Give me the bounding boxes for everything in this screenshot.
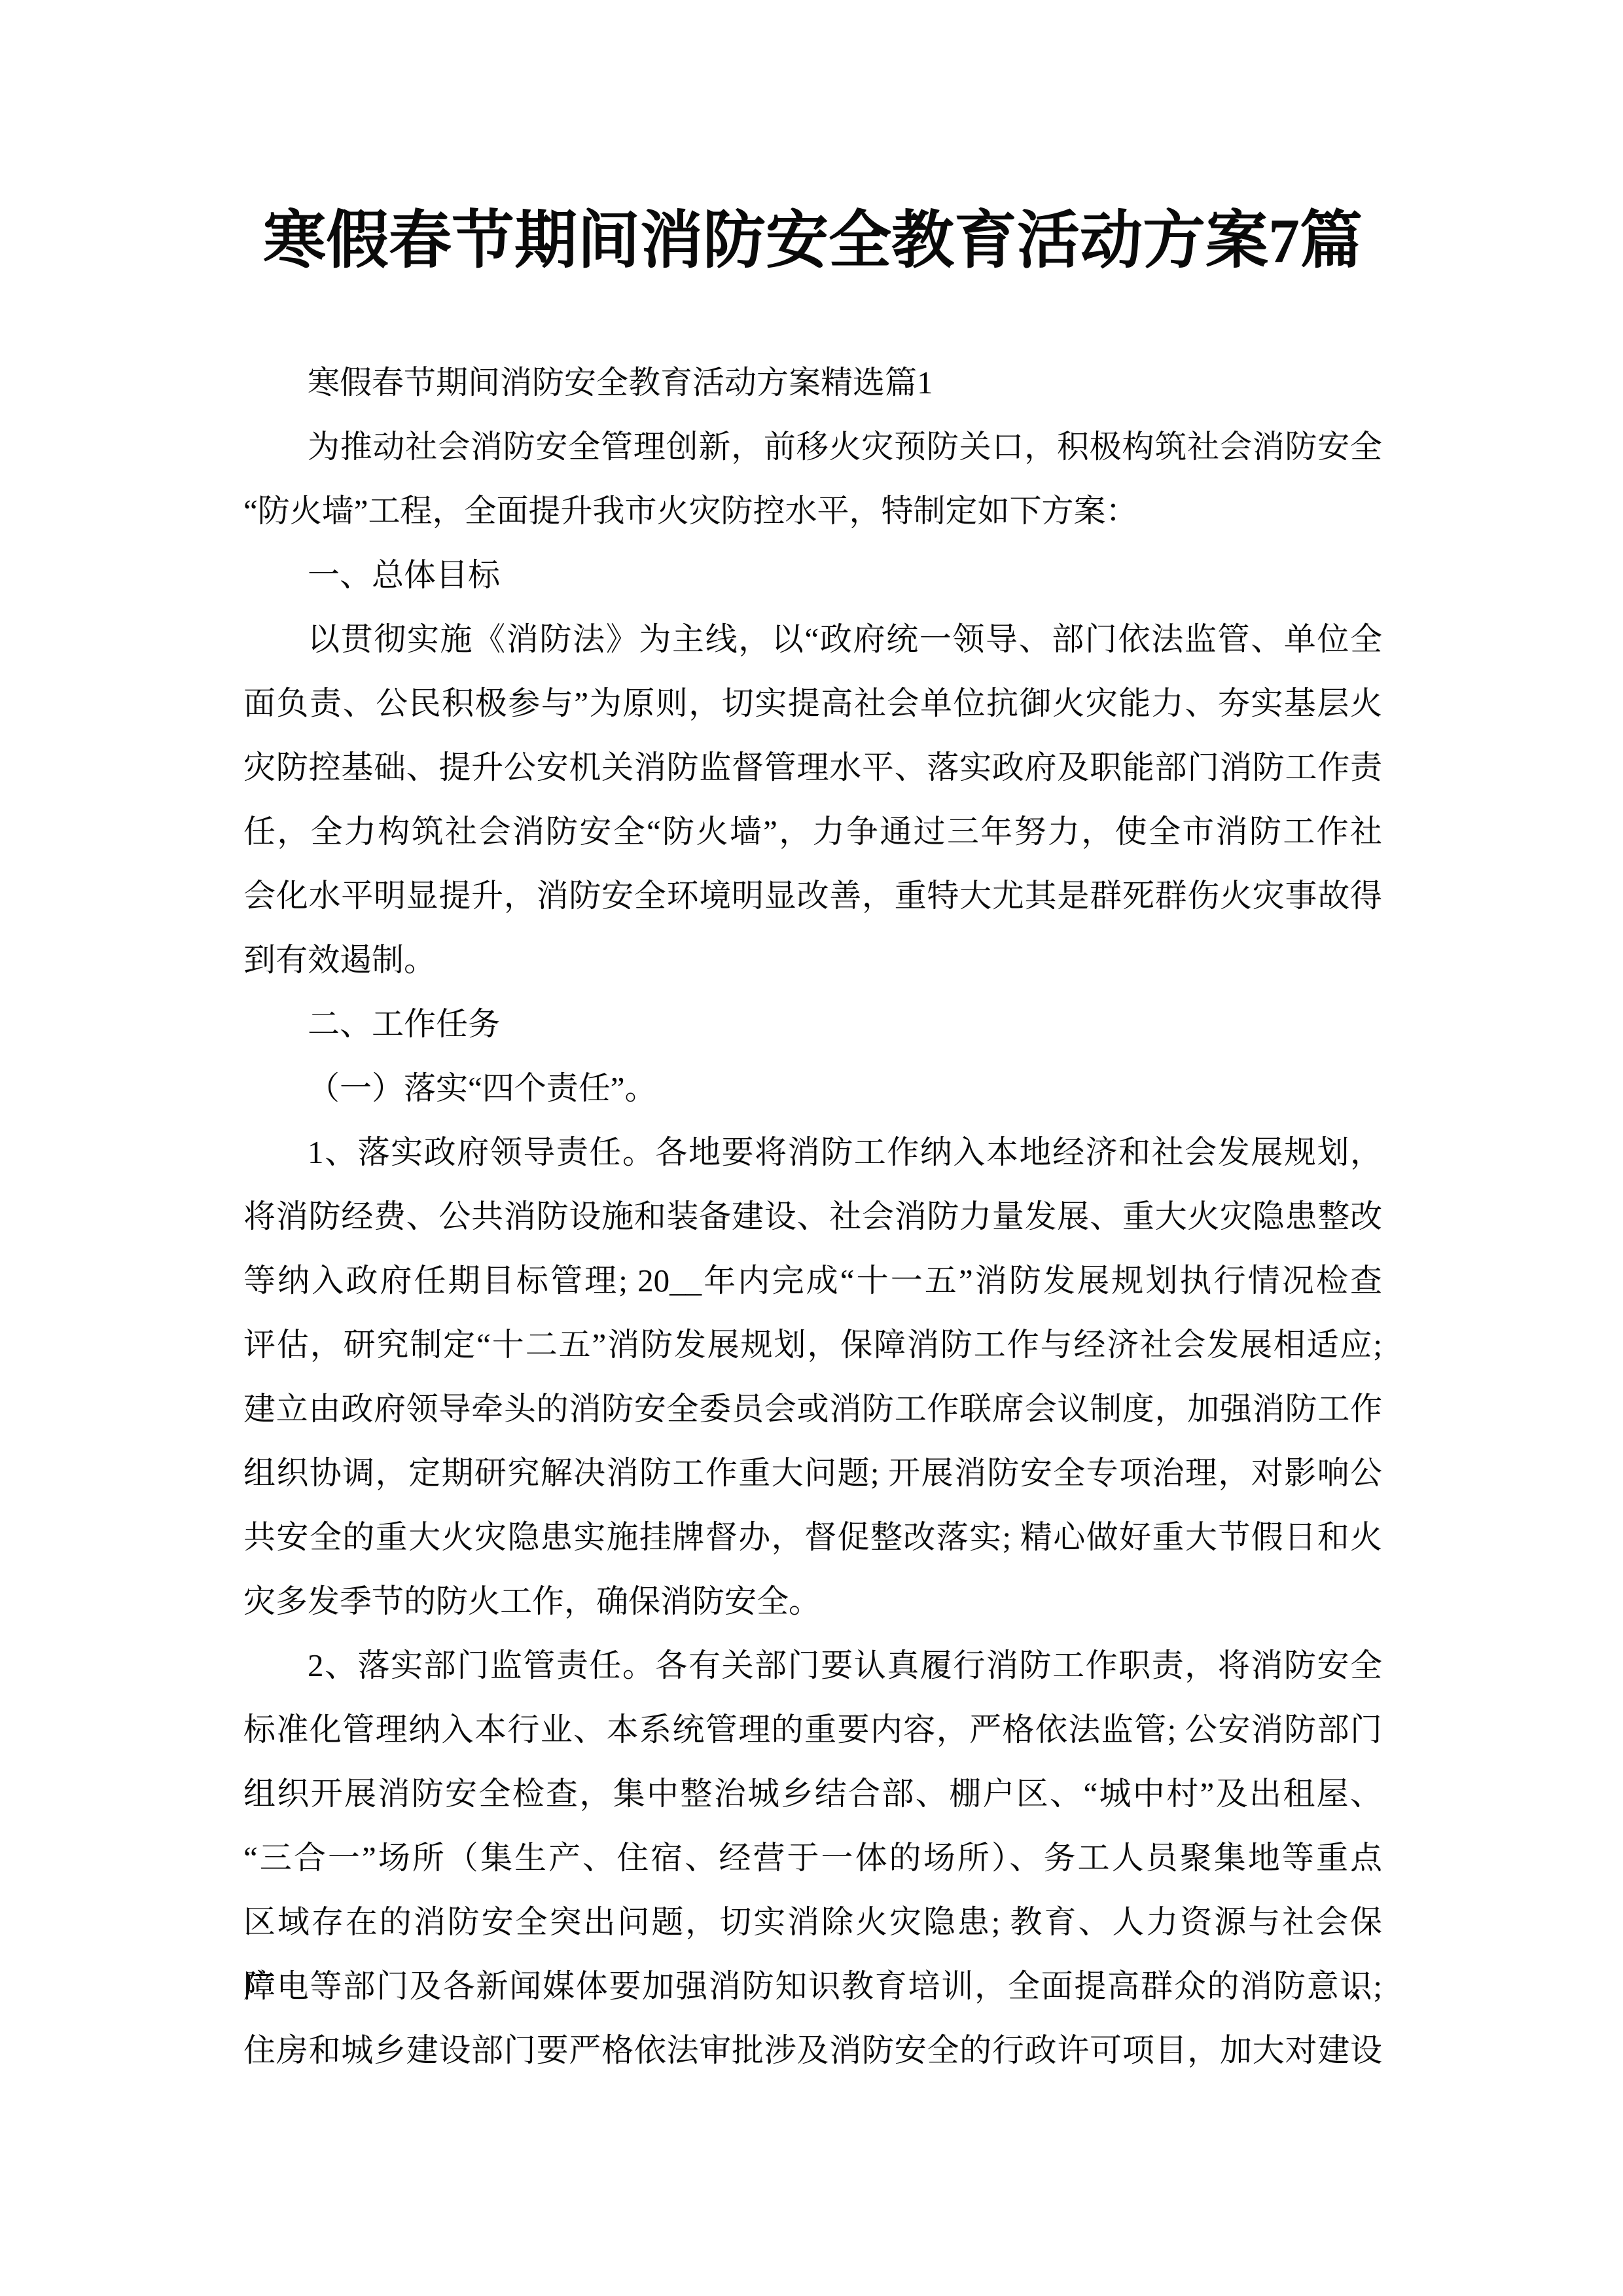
text-line: 1、落实政府领导责任。各地要将消防工作纳入本地经济和社会发展规划， <box>243 1121 1382 1185</box>
text-line: “三合一”场所（集生产、住宿、经营于一体的场所）、务工人员聚集地等重点 <box>243 1826 1382 1890</box>
text-line: 灾防控基础、提升公安机关消防监督管理水平、落实政府及职能部门消防工作责 <box>243 736 1382 800</box>
text-line: 一、总体目标 <box>243 543 1382 607</box>
text-line: 任，全力构筑社会消防安全“防火墙”，力争通过三年努力，使全市消防工作社 <box>243 800 1382 864</box>
text-line: 评估，研究制定“十二五”消防发展规划，保障消防工作与经济社会发展相适应; <box>243 1313 1382 1377</box>
text-line: 住房和城乡建设部门要严格依法审批涉及消防安全的行政许可项目，加大对建设 <box>243 2018 1382 2083</box>
text-line: 组织开展消防安全检查，集中整治城乡结合部、棚户区、“城中村”及出租屋、 <box>243 1762 1382 1826</box>
document-title: 寒假春节期间消防安全教育活动方案7篇 <box>243 204 1382 278</box>
document-content: 寒假春节期间消防安全教育活动方案7篇 寒假春节期间消防安全教育活动方案精选篇1为… <box>0 0 1623 2083</box>
document-page: 寒假春节期间消防安全教育活动方案7篇 寒假春节期间消防安全教育活动方案精选篇1为… <box>0 0 1623 2296</box>
text-line: 广电等部门及各新闻媒体要加强消防知识教育培训，全面提高群众的消防意识; <box>243 1954 1382 2018</box>
text-line: “防火墙”工程，全面提升我市火灾防控水平，特制定如下方案： <box>243 479 1382 543</box>
document-body: 寒假春节期间消防安全教育活动方案精选篇1为推动社会消防安全管理创新，前移火灾预防… <box>243 351 1382 2083</box>
text-line: 区域存在的消防安全突出问题，切实消除火灾隐患; 教育、人力资源与社会保障、 <box>243 1890 1382 1954</box>
text-line: 将消防经费、公共消防设施和装备建设、社会消防力量发展、重大火灾隐患整改 <box>243 1185 1382 1249</box>
text-line: 会化水平明显提升，消防安全环境明显改善，重特大尤其是群死群伤火灾事故得 <box>243 864 1382 928</box>
text-line: 到有效遏制。 <box>243 928 1382 992</box>
text-line: 二、工作任务 <box>243 992 1382 1056</box>
text-line: 等纳入政府任期目标管理; 20__年内完成“十一五”消防发展规划执行情况检查 <box>243 1249 1382 1313</box>
text-line: 灾多发季节的防火工作，确保消防安全。 <box>243 1570 1382 1634</box>
text-line: 标准化管理纳入本行业、本系统管理的重要内容，严格依法监管; 公安消防部门 <box>243 1698 1382 1762</box>
text-line: 为推动社会消防安全管理创新，前移火灾预防关口，积极构筑社会消防安全 <box>243 415 1382 479</box>
text-line: 共安全的重大火灾隐患实施挂牌督办，督促整改落实; 精心做好重大节假日和火 <box>243 1505 1382 1570</box>
text-line: （一）落实“四个责任”。 <box>243 1056 1382 1121</box>
page-background: { "colors": { "page_background": "#fffff… <box>0 0 1623 2296</box>
text-line: 以贯彻实施《消防法》为主线，以“政府统一领导、部门依法监管、单位全 <box>243 607 1382 672</box>
text-line: 面负责、公民积极参与”为原则，切实提高社会单位抗御火灾能力、夯实基层火 <box>243 672 1382 736</box>
text-line: 建立由政府领导牵头的消防安全委员会或消防工作联席会议制度，加强消防工作 <box>243 1377 1382 1441</box>
text-line: 寒假春节期间消防安全教育活动方案精选篇1 <box>243 351 1382 415</box>
text-line: 2、落实部门监管责任。各有关部门要认真履行消防工作职责，将消防安全 <box>243 1634 1382 1698</box>
text-line: 组织协调，定期研究解决消防工作重大问题; 开展消防安全专项治理，对影响公 <box>243 1441 1382 1505</box>
